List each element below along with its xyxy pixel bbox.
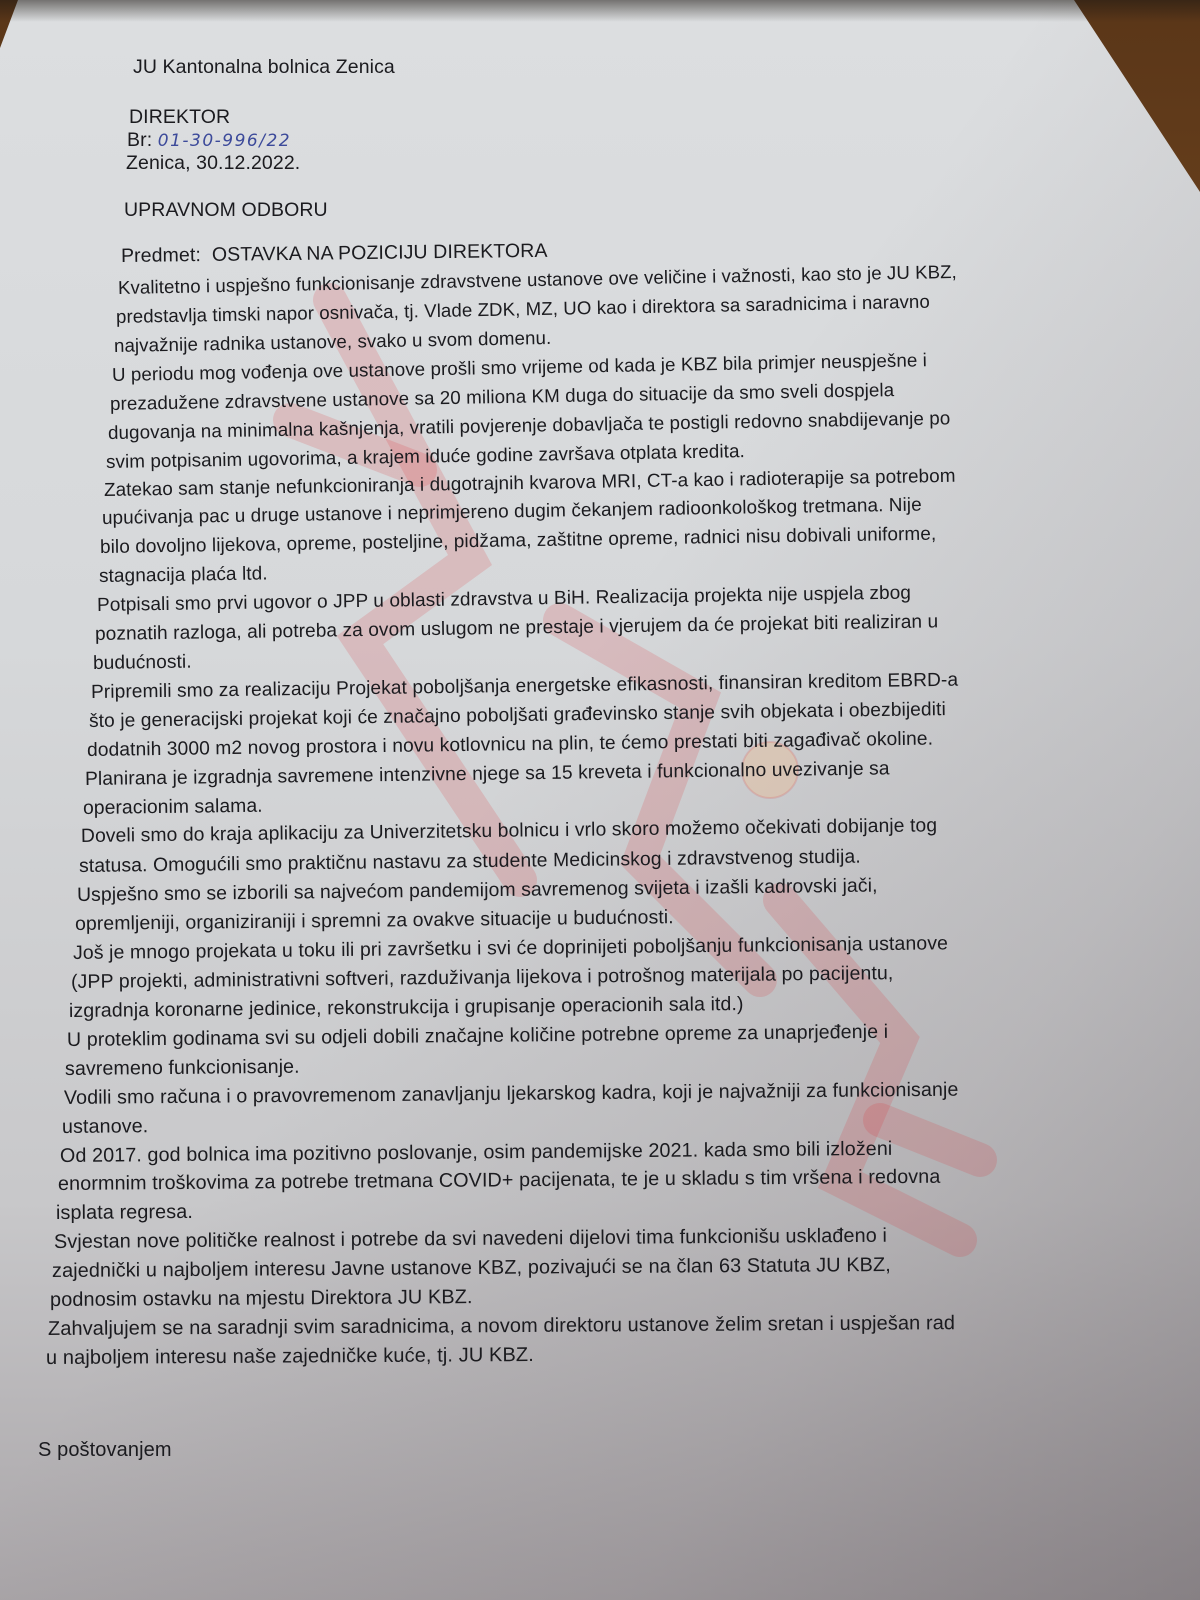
body-line: savremeno funkcionisanje. [65, 1055, 300, 1081]
closing-salutation: S poštovanjem [38, 1438, 172, 1462]
body-line: budućnosti. [93, 650, 192, 675]
body-line: U proteklim godinama svi su odjeli dobil… [67, 1020, 888, 1052]
photo-scene: JU Kantonalna bolnica Zenica DIREKTOR Br… [0, 0, 1200, 1600]
body-line: operacionim salama. [83, 794, 263, 820]
body-line: podnosim ostavku na mjestu Direktora JU … [50, 1285, 473, 1312]
body-line: (JPP projekti, administrativni softveri,… [71, 961, 894, 994]
body-line: opremljeniji, organiziraniji i spremni z… [75, 905, 674, 936]
body-line: enormnim troškovima za potrebe tretmana … [58, 1165, 941, 1196]
body-line: najvažnije radnika ustanove, svako u svo… [114, 326, 552, 358]
body-line: isplata regresa. [56, 1200, 193, 1225]
body-line: Vodili smo računa i o pravovremenom zana… [63, 1077, 958, 1109]
subject-row: Predmet: OSTAVKA NA POZICIJU DIREKTORA [121, 239, 548, 268]
reference-label: Br: [127, 129, 152, 151]
body-line: stagnacija plaća ltd. [98, 563, 267, 590]
body-line: zajednički u najboljem interesu Javne us… [52, 1253, 891, 1283]
reference-row: Br: 01-30-996/22 [127, 128, 291, 153]
institution-name: JU Kantonalna bolnica Zenica [133, 55, 395, 79]
body-line: u najboljem interesu naše zajedničke kuć… [46, 1343, 534, 1370]
body-line: Zahvaljujem se na saradnji svim saradnic… [48, 1311, 955, 1341]
body-line: Svjestan nove političke realnost i potre… [54, 1224, 887, 1254]
office-title: DIREKTOR [129, 105, 230, 129]
body-line: statusa. Omogućili smo praktičnu nastavu… [79, 845, 861, 878]
body-line: dodatnih 3000 m2 novog prostora i novu k… [87, 727, 933, 762]
body-line: izgradnja koronarne jedinice, rekonstruk… [69, 992, 744, 1023]
body-line: Uspješno smo se izborili sa najvećom pan… [77, 874, 878, 907]
subject-label: Predmet: [121, 244, 201, 267]
body-line: Planirana je izgradnja savremene intenzi… [85, 757, 890, 792]
place-date: Zenica, 30.12.2022. [126, 151, 300, 175]
recipient: UPRAVNOM ODBORU [124, 198, 328, 222]
body-line: Još je mnogo projekata u toku ili pri za… [73, 931, 948, 965]
body-line: ustanove. [61, 1114, 147, 1139]
resignation-letter: JU Kantonalna bolnica Zenica DIREKTOR Br… [0, 0, 1200, 1600]
subject-text: OSTAVKA NA POZICIJU DIREKTORA [212, 240, 548, 266]
body-line: Od 2017. god bolnica ima pozitivno poslo… [60, 1136, 893, 1167]
reference-number-handwritten: 01-30-996/22 [158, 131, 291, 151]
